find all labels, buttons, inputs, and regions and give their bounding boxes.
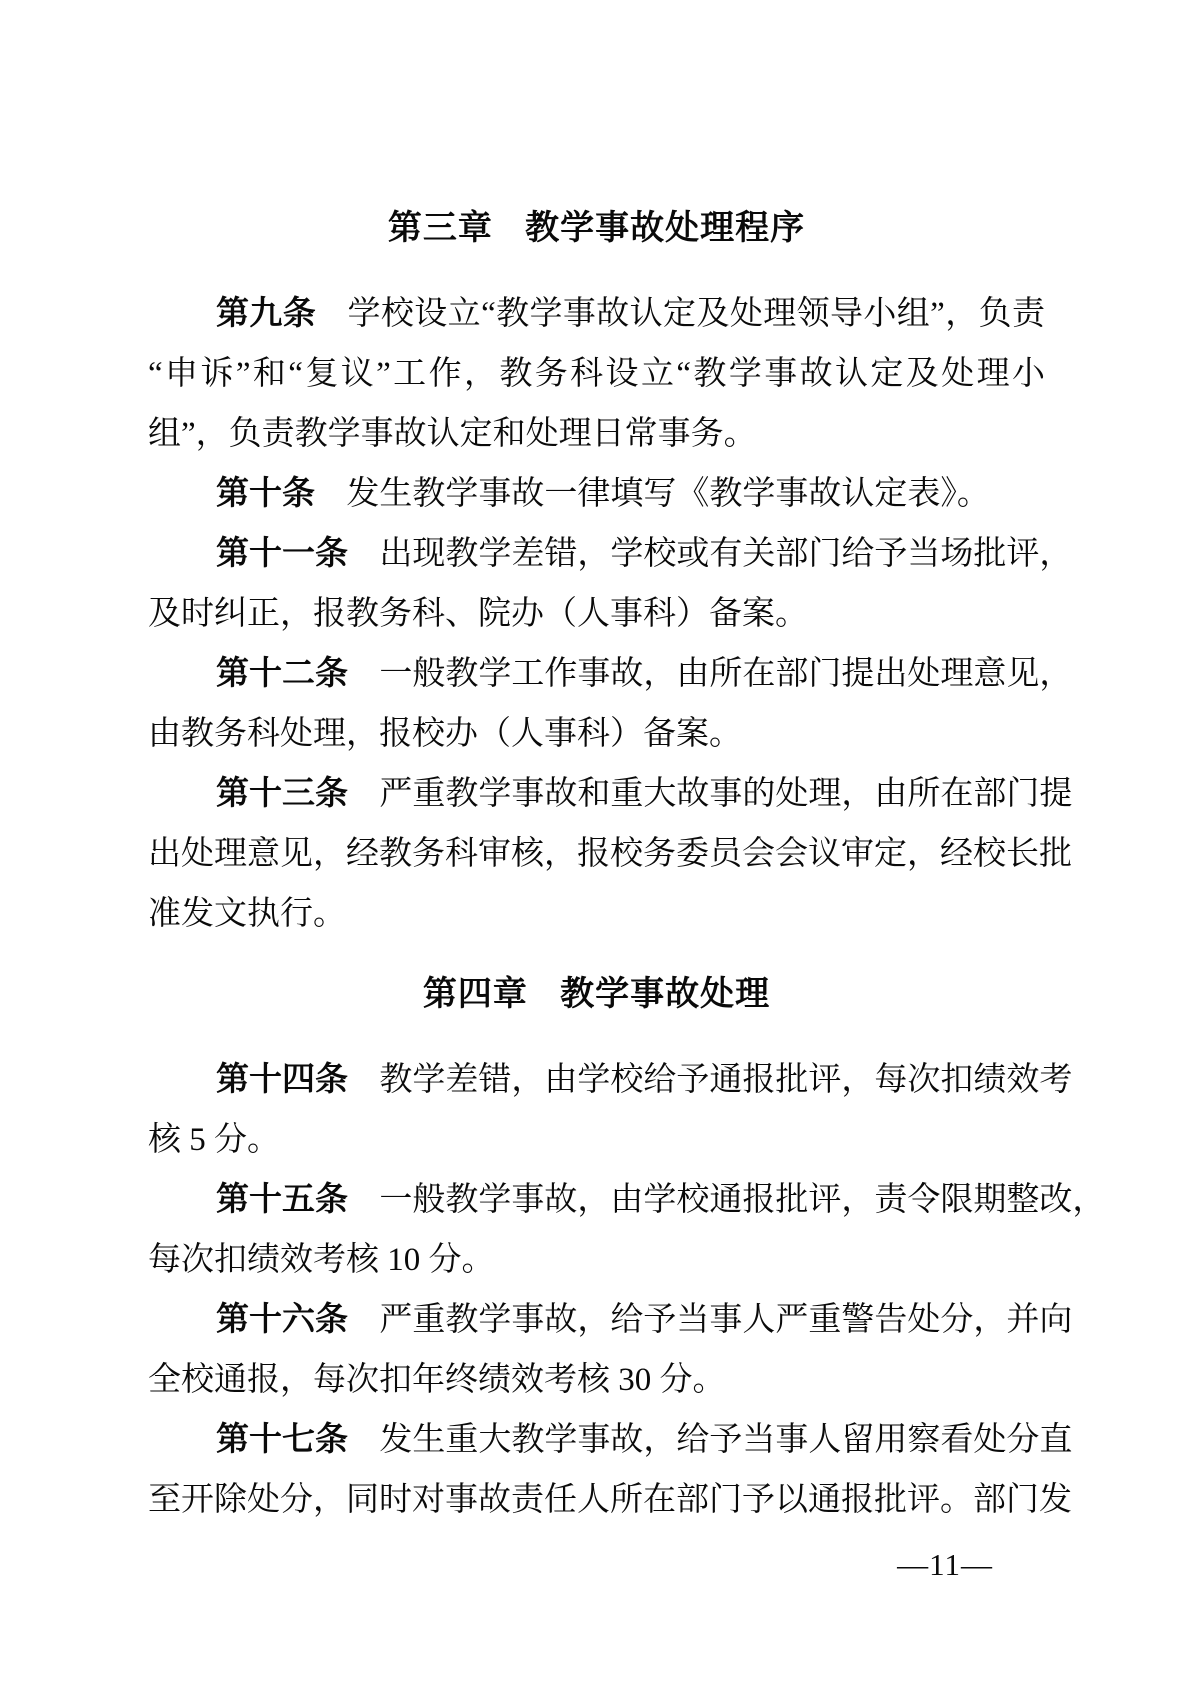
article-paragraph: 第十二条一般教学工作事故，由所在部门提出处理意见，由教务科处理，报校办（人事科）… [148,644,1045,764]
text-line: 组”，负责教学事故认定和处理日常事务。 [148,404,1045,464]
article-paragraph: 第九条学校设立“教学事故认定及处理领导小组”，负责“申诉”和“复议”工作，教务科… [148,284,1045,464]
article-paragraph: 第十六条严重教学事故，给予当事人严重警告处分，并向全校通报，每次扣年终绩效考核 … [148,1290,1045,1410]
text-line: 及时纠正，报教务科、院办（人事科）备案。 [148,584,1045,644]
text-line: 第十三条严重教学事故和重大故事的处理，由所在部门提 [148,764,1045,824]
article-label: 第十二条 [216,656,348,692]
text-line: 第十一条出现教学差错，学校或有关部门给予当场批评， [148,524,1045,584]
text-line: 出处理意见，经教务科审核，报校务委员会会议审定，经校长批 [148,824,1045,884]
text-line: 核 5 分。 [148,1110,1045,1170]
article-text: 教学差错，由学校给予通报批评，每次扣绩效考 [379,1062,1072,1098]
article-label: 第九条 [216,296,316,332]
text-line: 由教务科处理，报校办（人事科）备案。 [148,704,1045,764]
text-line: 第九条学校设立“教学事故认定及处理领导小组”，负责 [148,284,1045,344]
text-line: 第十五条一般教学事故，由学校通报批评，责令限期整改， [148,1170,1045,1230]
text-line: 第十条发生教学事故一律填写《教学事故认定表》。 [148,464,1045,524]
chapter-title: 教学事故处理 [560,975,770,1013]
chapter-number: 第三章 [388,209,493,247]
article-label: 第十五条 [216,1182,348,1218]
text-line: 第十六条严重教学事故，给予当事人严重警告处分，并向 [148,1290,1045,1350]
text-line: 全校通报，每次扣年终绩效考核 30 分。 [148,1350,1045,1410]
text-content: 第三章教学事故处理程序第九条学校设立“教学事故认定及处理领导小组”，负责“申诉”… [148,0,1045,1530]
document-page: 第三章教学事故处理程序第九条学校设立“教学事故认定及处理领导小组”，负责“申诉”… [0,0,1191,1684]
article-label: 第十六条 [216,1302,348,1338]
article-label: 第十四条 [216,1062,348,1098]
chapter-number: 第四章 [423,975,528,1013]
article-text: 严重教学事故和重大故事的处理，由所在部门提 [379,776,1072,812]
article-paragraph: 第十一条出现教学差错，学校或有关部门给予当场批评，及时纠正，报教务科、院办（人事… [148,524,1045,644]
article-text: 发生重大教学事故，给予当事人留用察看处分直 [379,1422,1072,1458]
text-line: 第十四条教学差错，由学校给予通报批评，每次扣绩效考 [148,1050,1045,1110]
text-line: 每次扣绩效考核 10 分。 [148,1230,1045,1290]
article-paragraph: 第十五条一般教学事故，由学校通报批评，责令限期整改，每次扣绩效考核 10 分。 [148,1170,1045,1290]
article-label: 第十条 [216,476,315,512]
text-line: 准发文执行。 [148,884,1045,944]
article-text: 发生教学事故一律填写《教学事故认定表》。 [346,476,990,512]
text-line: 第十二条一般教学工作事故，由所在部门提出处理意见， [148,644,1045,704]
text-line: “申诉”和“复议”工作，教务科设立“教学事故认定及处理小 [148,344,1045,404]
article-paragraph: 第十四条教学差错，由学校给予通报批评，每次扣绩效考核 5 分。 [148,1050,1045,1170]
article-paragraph: 第十三条严重教学事故和重大故事的处理，由所在部门提出处理意见，经教务科审核，报校… [148,764,1045,944]
article-paragraph: 第十七条发生重大教学事故，给予当事人留用察看处分直至开除处分，同时对事故责任人所… [148,1410,1045,1530]
article-text: 学校设立“教学事故认定及处理领导小组”，负责 [348,296,1045,332]
article-text: 出现教学差错，学校或有关部门给予当场批评， [379,536,1072,572]
page-number: —11— [897,1548,993,1582]
article-label: 第十三条 [216,776,348,812]
text-line: 至开除处分，同时对事故责任人所在部门予以通报批评。部门发 [148,1470,1045,1530]
chapter-title: 教学事故处理程序 [525,209,805,247]
article-text: 一般教学工作事故，由所在部门提出处理意见， [379,656,1072,692]
chapter-heading: 第三章教学事故处理程序 [148,200,1045,256]
article-label: 第十一条 [216,536,348,572]
article-paragraph: 第十条发生教学事故一律填写《教学事故认定表》。 [148,464,1045,524]
text-line: 第十七条发生重大教学事故，给予当事人留用察看处分直 [148,1410,1045,1470]
article-text: 严重教学事故，给予当事人严重警告处分，并向 [379,1302,1072,1338]
chapter-heading: 第四章教学事故处理 [148,966,1045,1022]
article-text: 一般教学事故，由学校通报批评，责令限期整改， [379,1182,1105,1218]
article-label: 第十七条 [216,1422,348,1458]
